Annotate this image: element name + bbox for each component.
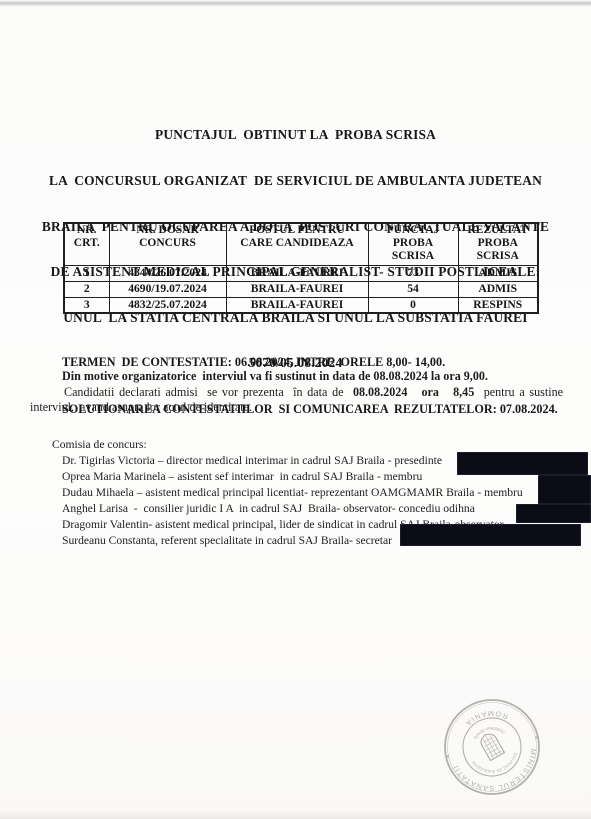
redaction-bar-membru-signature [538,475,591,504]
scanned-document-page: PUNCTAJUL OBTINUT LA PROBA SCRISA LA CON… [0,0,591,819]
header-line: SCRISA [461,250,536,263]
interview-section: Din motive organizatorice interviul va f… [30,369,563,416]
header-line: POSTUL PENTRU [229,224,366,237]
header-line: REZULTAT [461,224,536,237]
cell-nr-dosar: 4832/25.07.2024 [109,297,226,313]
table-header-row: NR. CRT. NR. DOSAR CONCURS POSTUL PENTRU… [64,223,538,266]
col-header-post: POSTUL PENTRU CARE CANDIDEAZA [226,223,368,266]
stamp-inner-bottom-text: Judetean Braila [471,723,506,741]
cell-rezultat: ADMIS [458,281,538,297]
cell-punctaj: 0 [368,297,458,313]
cell-nr-crt: 2 [64,281,109,297]
cell-punctaj: 73 [368,266,458,282]
redaction-bar-presedinte-signature [457,452,588,475]
header-line: PUNCTAJ [371,224,456,237]
interview-instructions: Candidatii declarati admisi se vor preze… [30,385,563,416]
cell-rezultat: ADMIS [458,266,538,282]
cell-nr-crt: 3 [64,297,109,313]
table-row: 1 4844/26.07.2024 BRAILA-FAUREI 73 ADMIS [64,266,538,282]
instructions-date-bold: 08.08.2024 ora 8,45 [353,385,474,399]
header-line: CARE CANDIDEAZA [229,237,366,250]
col-header-punctaj: PUNCTAJ PROBA SCRISA [368,223,458,266]
stamp-inner-top-text: Serviciul de Ambulanta [470,751,521,779]
header-line: NR. DOSAR [112,224,224,237]
table-row: 3 4832/25.07.2024 BRAILA-FAUREI 0 RESPIN… [64,297,538,313]
stamp-ring-bottom-text: ROMANIA [461,705,511,731]
interview-notice: Din motive organizatorice interviul va f… [62,369,563,385]
col-header-nr-dosar: NR. DOSAR CONCURS [109,223,226,266]
header-line: SCRISA [371,250,456,263]
commission-heading: Comisia de concurs: [52,437,591,453]
cell-rezultat: RESPINS [458,297,538,313]
cell-nr-dosar: 4690/19.07.2024 [109,281,226,297]
table-row: 2 4690/19.07.2024 BRAILA-FAUREI 54 ADMIS [64,281,538,297]
header-line: PROBA [461,237,536,250]
redaction-bar-observator-signature [516,504,591,523]
header-line: CRT. [67,237,107,250]
stamp-coat-of-arms [478,731,504,761]
cell-post: BRAILA-FAUREI [226,281,368,297]
header-line: PROBA [371,237,456,250]
header-line: NR. [67,224,107,237]
redaction-bar-secretar-signature [400,524,581,546]
cell-nr-dosar: 4844/26.07.2024 [109,266,226,282]
results-table: NR. CRT. NR. DOSAR CONCURS POSTUL PENTRU… [63,222,539,314]
instructions-text-start: Candidatii declarati admisi se vor preze… [64,385,353,399]
scan-artifact-top-edge [0,0,591,7]
header-line: CONCURS [112,237,224,250]
official-round-stamp: MINISTERUL SANATATII ROMANIA Serviciul d… [436,691,548,803]
col-header-nr-crt: NR. CRT. [64,223,109,266]
cell-nr-crt: 1 [64,266,109,282]
commission-member: Dudau Mihaela – asistent medical princip… [62,485,591,501]
cell-punctaj: 54 [368,281,458,297]
scan-artifact-bottom-edge [0,810,591,819]
col-header-rezultat: REZULTAT PROBA SCRISA [458,223,538,266]
cell-post: BRAILA-FAUREI [226,297,368,313]
commission-member: Anghel Larisa - consilier juridic I A in… [62,501,591,517]
title-line: PUNCTAJUL OBTINUT LA PROBA SCRISA [36,127,555,142]
cell-post: BRAILA-FAUREI [226,266,368,282]
title-line: LA CONCURSUL ORGANIZAT DE SERVICIUL DE A… [36,173,555,188]
